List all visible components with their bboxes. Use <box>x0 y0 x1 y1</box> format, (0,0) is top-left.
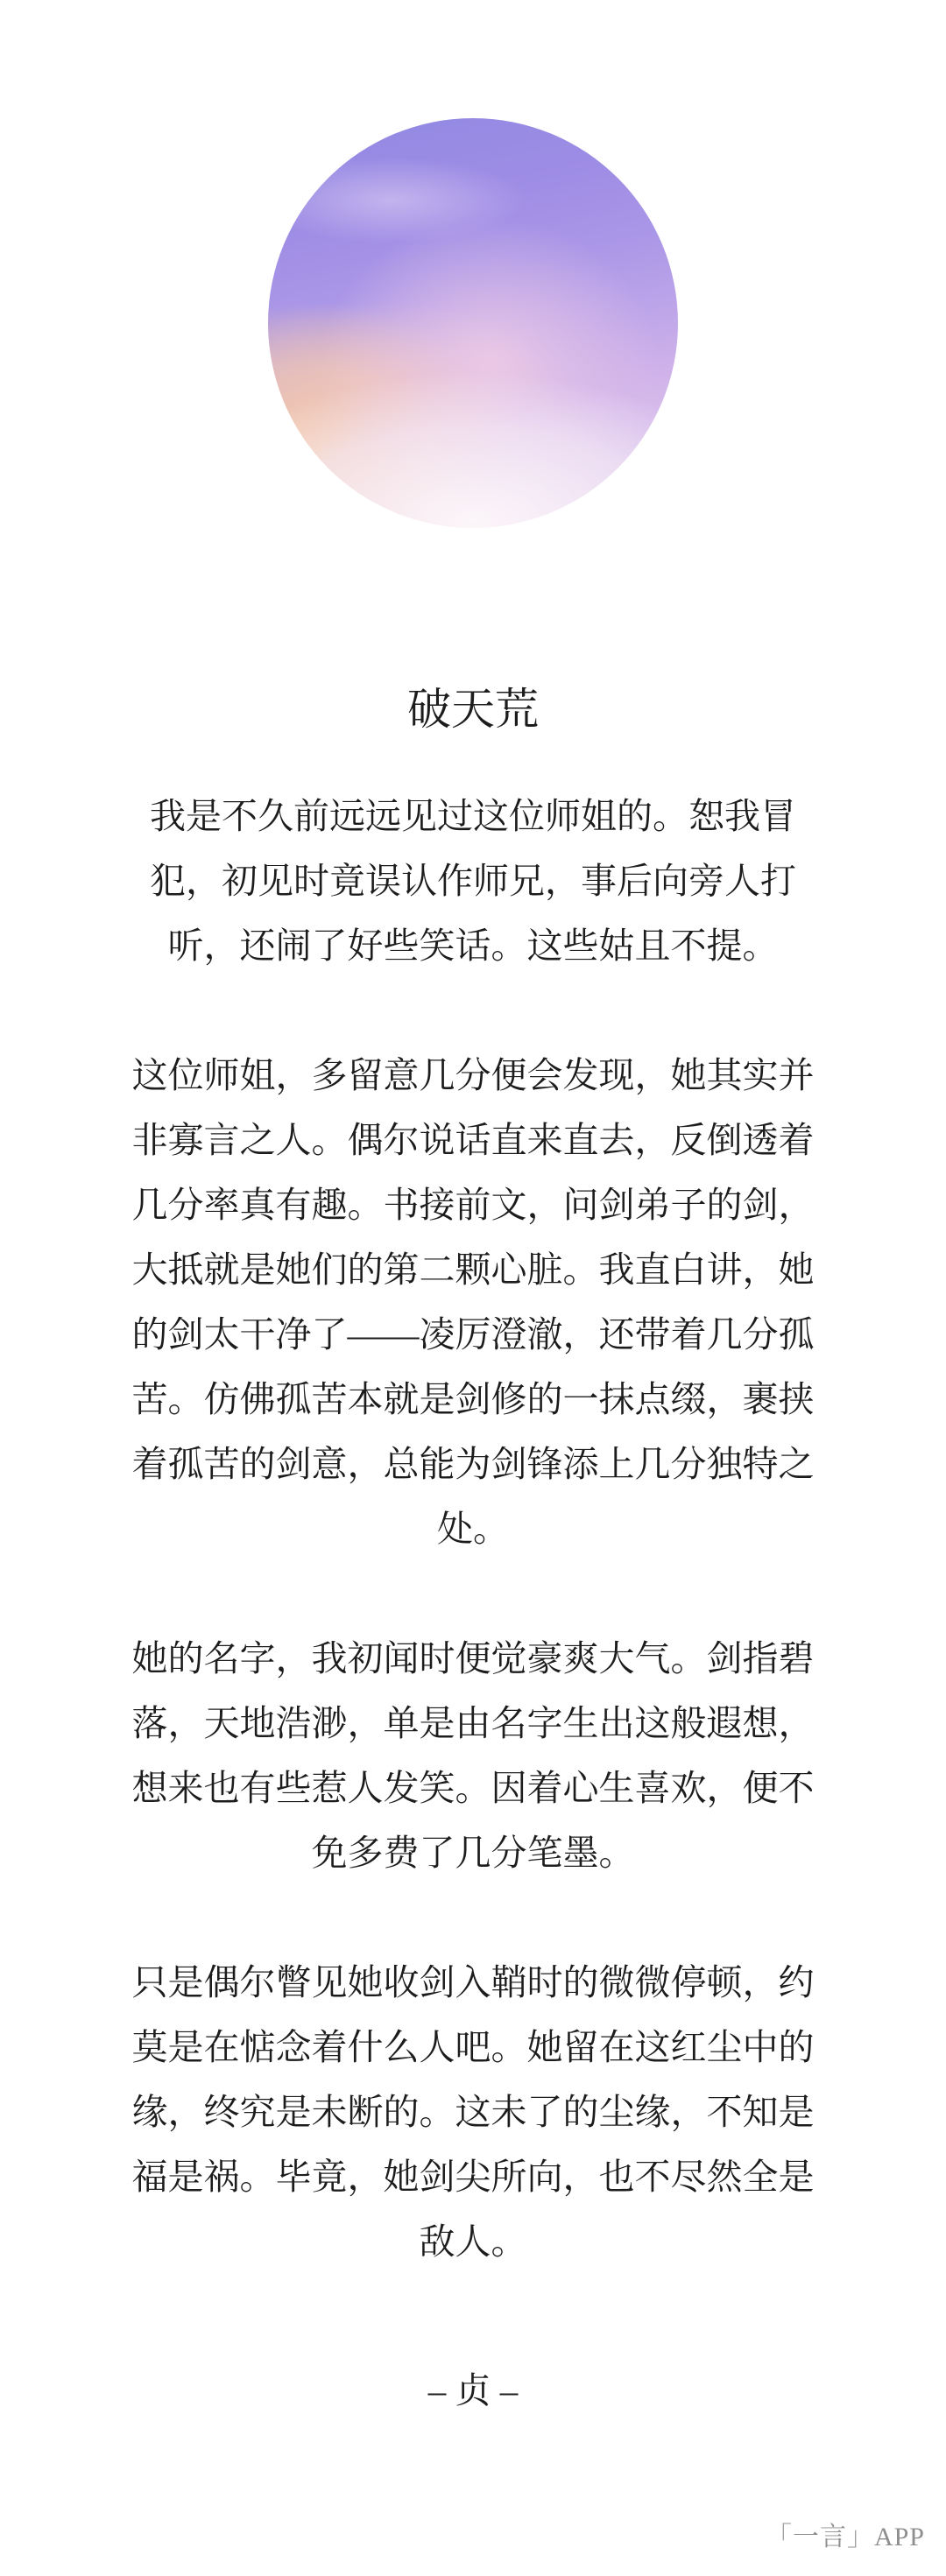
article-title: 破天荒 <box>0 686 946 733</box>
hero-image <box>268 118 678 528</box>
article-paragraph: 她的名字，我初闻时便觉豪爽大气。剑指碧落，天地浩渺，单是由名字生出这般遐想，想来… <box>123 1626 823 1885</box>
article-paragraph: 我是不久前远远见过这位师姐的。恕我冒犯，初见时竟误认作师兄，事后向旁人打听，还闹… <box>123 784 823 978</box>
author-signature: – 贞 – <box>0 2369 946 2411</box>
article-body: 我是不久前远远见过这位师姐的。恕我冒犯，初见时竟误认作师兄，事后向旁人打听，还闹… <box>123 784 823 2274</box>
share-card: 破天荒 我是不久前远远见过这位师姐的。恕我冒犯，初见时竟误认作师兄，事后向旁人打… <box>0 0 946 2576</box>
article-paragraph: 只是偶尔瞥见她收剑入鞘时的微微停顿，约莫是在惦念着什么人吧。她留在这红尘中的缘，… <box>123 1950 823 2274</box>
app-watermark: 「一言」APP <box>766 2522 925 2553</box>
article-paragraph: 这位师姐，多留意几分便会发现，她其实并非寡言之人。偶尔说话直来直去，反倒透着几分… <box>123 1043 823 1561</box>
